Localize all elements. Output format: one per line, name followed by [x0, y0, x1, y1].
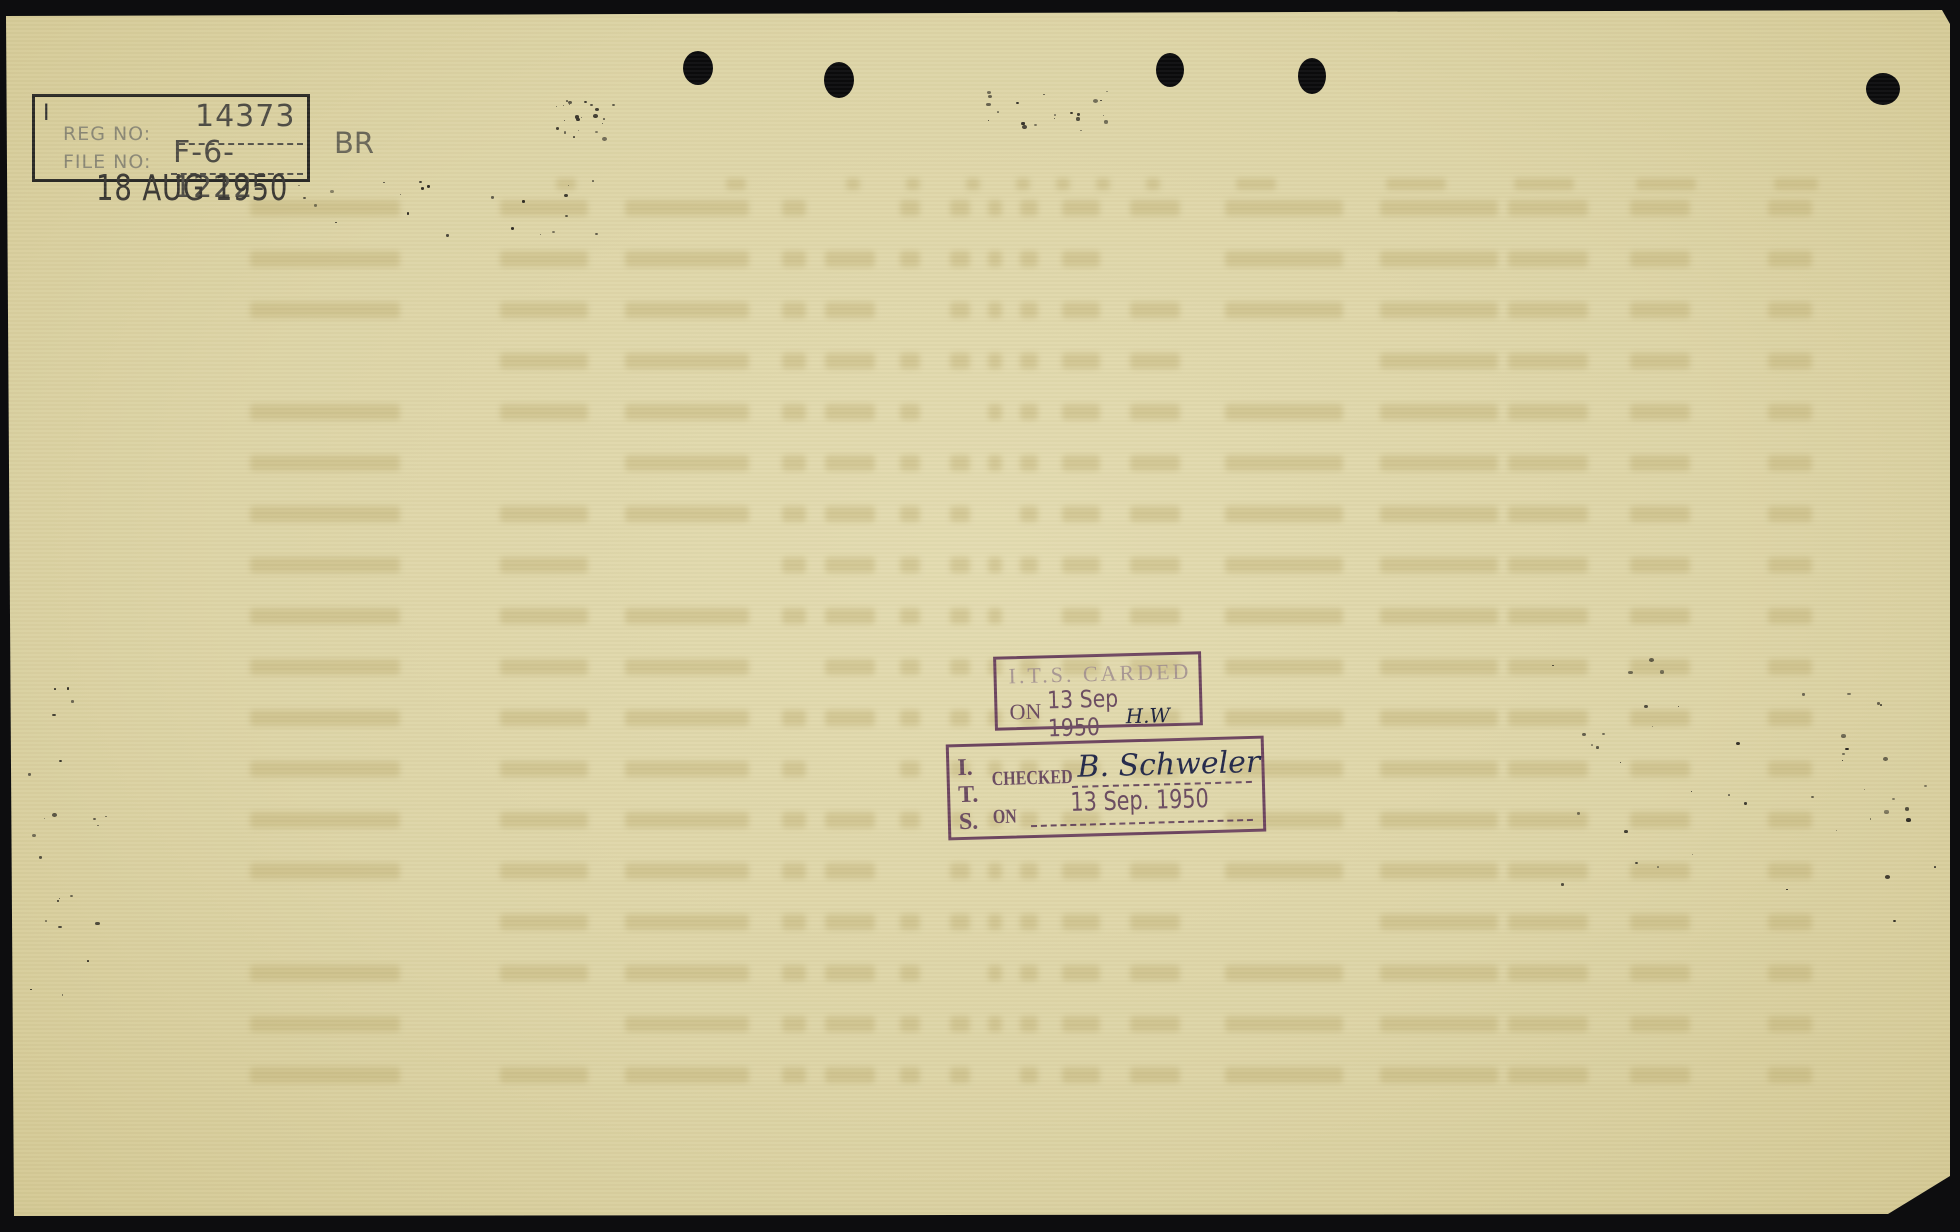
bleed-text-block [250, 608, 400, 624]
speck [1628, 671, 1632, 674]
speck [1692, 854, 1694, 855]
speck [1691, 791, 1693, 792]
bleed-text-block [1630, 863, 1690, 879]
bleed-text-block [782, 302, 806, 318]
bleed-text-block [1630, 608, 1690, 624]
bleed-text-block [1768, 761, 1812, 777]
bleed-text-block [1062, 1016, 1100, 1032]
bleed-text-block [1380, 200, 1498, 216]
bleed-text-block [900, 1016, 920, 1032]
speck [592, 180, 594, 182]
bleed-text-block [900, 200, 920, 216]
speck [62, 994, 63, 995]
bleed-text-block [1225, 1016, 1343, 1032]
bleed-text-block [825, 659, 875, 675]
bleed-text-block [1225, 557, 1343, 573]
speck [95, 922, 100, 926]
bleed-text-block [1508, 863, 1588, 879]
bleed-header-block [1514, 178, 1574, 190]
bleed-text-block [500, 1067, 588, 1083]
bleed-text-block [1508, 761, 1588, 777]
speck [1845, 748, 1849, 751]
bleed-text-block [1380, 353, 1498, 369]
bleed-text-block [1225, 965, 1343, 981]
speck [407, 212, 410, 214]
speck [987, 91, 991, 94]
speck [1077, 113, 1080, 115]
bleed-header-block [846, 178, 860, 190]
speck [1885, 875, 1890, 879]
speck [511, 227, 514, 229]
bleed-text-block [1768, 302, 1812, 318]
bleed-text-block [782, 608, 806, 624]
bleed-text-block [988, 302, 1002, 318]
speck [57, 900, 59, 901]
speck [569, 104, 570, 105]
bleed-text-block [1062, 863, 1100, 879]
bleed-text-block [782, 353, 806, 369]
bleed-text-block [625, 200, 749, 216]
bleed-text-block [825, 1067, 875, 1083]
carded-initials: H.W [1125, 703, 1170, 728]
its-carded-stamp: I.T.S. CARDED ON 13 Sep 1950 H.W [993, 651, 1203, 730]
speck [1635, 862, 1638, 864]
bleed-text-block [625, 1016, 749, 1032]
speck [1934, 866, 1937, 868]
bleed-text-block [988, 1016, 1002, 1032]
speck [303, 197, 306, 199]
bleed-text-block [625, 914, 749, 930]
bleed-text-block [1020, 1016, 1038, 1032]
bleed-text-block [250, 404, 400, 420]
bleed-header-block [556, 178, 576, 190]
bleed-text-block [950, 251, 970, 267]
speck [383, 182, 385, 183]
speck [1076, 117, 1080, 120]
reg-no-value: 14373 [195, 99, 295, 134]
bleed-text-block [825, 353, 875, 369]
speck [87, 960, 89, 962]
bleed-header-block [1016, 178, 1030, 190]
speck [1602, 733, 1605, 736]
bleed-text-block [1020, 455, 1038, 471]
bleed-text-block [988, 353, 1002, 369]
carded-on-label: ON [1009, 698, 1041, 725]
speck [988, 95, 992, 98]
bleed-text-block [1225, 404, 1343, 420]
bleed-text-block [1380, 863, 1498, 879]
bleed-text-block [1630, 404, 1690, 420]
bleed-text-block [1768, 608, 1812, 624]
bleed-text-block [1630, 353, 1690, 369]
bleed-text-block [1630, 557, 1690, 573]
bleed-text-block [250, 557, 400, 573]
bleed-text-block [900, 455, 920, 471]
bleed-text-block [1062, 455, 1100, 471]
speck [1104, 120, 1108, 123]
bleed-text-block [625, 863, 749, 879]
bleed-text-block [500, 659, 588, 675]
speck [1093, 99, 1098, 103]
bleed-text-block [500, 353, 588, 369]
bleed-text-block [1630, 761, 1690, 777]
bleed-text-block [1508, 251, 1588, 267]
bleed-text-block [1380, 914, 1498, 930]
its-checked-stamp: I. T. S. CHECKED B. Schweler ON 13 Sep. … [946, 736, 1267, 841]
speck [1841, 734, 1846, 738]
bleed-text-block [1225, 710, 1343, 726]
bleed-text-block [950, 353, 970, 369]
speck [573, 136, 575, 138]
bleed-text-block [1768, 863, 1812, 879]
bleed-text-block [1020, 557, 1038, 573]
bleed-text-block [782, 404, 806, 420]
punch-hole [824, 62, 854, 98]
speck [593, 114, 598, 118]
punch-hole [1298, 58, 1326, 94]
bleed-text-block [1062, 506, 1100, 522]
bleed-text-block [1130, 200, 1180, 216]
speck [603, 118, 605, 120]
bleed-header-block [726, 178, 746, 190]
speck [39, 856, 43, 859]
bleed-text-block [950, 1067, 970, 1083]
speck [314, 204, 317, 207]
reg-no-label: REG NO: [63, 123, 151, 145]
speck [58, 926, 61, 929]
bleed-text-block [1768, 353, 1812, 369]
bleed-text-block [825, 557, 875, 573]
bleed-text-block [250, 1067, 400, 1083]
bleed-text-block [500, 965, 588, 981]
bleed-text-block [1130, 1067, 1180, 1083]
punch-hole [1866, 73, 1900, 105]
speck [1054, 118, 1055, 119]
bleed-text-block [900, 1067, 920, 1083]
bleed-text-block [1768, 812, 1812, 828]
its-letters: I. T. S. [957, 755, 979, 837]
speck [564, 120, 565, 121]
bleed-text-block [1768, 251, 1812, 267]
bleed-text-block [1508, 659, 1588, 675]
bleed-text-block [1380, 608, 1498, 624]
speck [1880, 704, 1882, 706]
bleed-text-block [1630, 710, 1690, 726]
speck [1877, 702, 1880, 705]
bleed-text-block [1508, 914, 1588, 930]
bleed-text-block [500, 404, 588, 420]
bleed-text-block [1062, 251, 1100, 267]
bleed-text-block [1508, 353, 1588, 369]
bleed-text-block [1130, 1016, 1180, 1032]
bleed-text-block [625, 761, 749, 777]
bleed-text-block [988, 914, 1002, 930]
speck [52, 714, 55, 717]
speck [105, 816, 107, 817]
speck [1103, 115, 1104, 116]
bleed-text-block [1380, 761, 1498, 777]
speck [419, 181, 422, 183]
bleed-text-block [900, 659, 920, 675]
bleed-text-block [1225, 1067, 1343, 1083]
bleed-text-block [625, 353, 749, 369]
bleed-text-block [500, 608, 588, 624]
bleed-text-block [250, 710, 400, 726]
speck [563, 105, 564, 106]
bleed-text-block [500, 914, 588, 930]
bleed-text-block [1768, 455, 1812, 471]
bleed-text-block [988, 608, 1002, 624]
bleed-text-block [1062, 608, 1100, 624]
bleed-text-block [1062, 1067, 1100, 1083]
speck [1842, 760, 1843, 761]
bleed-text-block [1130, 302, 1180, 318]
bleed-text-block [782, 557, 806, 573]
speck [1582, 733, 1586, 736]
bleed-text-block [1380, 710, 1498, 726]
speck [1836, 830, 1837, 831]
bleed-text-block [988, 863, 1002, 879]
speck [1870, 818, 1872, 820]
bleed-text-block [900, 761, 920, 777]
bleed-text-block [1380, 812, 1498, 828]
speck [45, 920, 47, 922]
bleed-text-block [1225, 608, 1343, 624]
bleed-text-block [250, 455, 400, 471]
bleed-text-block [950, 608, 970, 624]
bleed-header-block [1096, 178, 1110, 190]
speck [1811, 796, 1814, 798]
bleed-text-block [1768, 557, 1812, 573]
bleed-text-block [1020, 1067, 1038, 1083]
bleed-text-block [1768, 1067, 1812, 1083]
bleed-text-block [1020, 353, 1038, 369]
bleed-text-block [1130, 608, 1180, 624]
bleed-text-block [825, 506, 875, 522]
speck [584, 101, 587, 103]
bleed-text-block [950, 455, 970, 471]
speck [602, 137, 607, 141]
bleed-text-block [1630, 1016, 1690, 1032]
speck [1893, 920, 1896, 922]
bleed-text-block [1380, 455, 1498, 471]
bleed-text-block [900, 914, 920, 930]
bleed-text-block [988, 200, 1002, 216]
speck [581, 117, 582, 118]
document-card: I REG NO: 14373 FILE NO: F-6-1222- 18 AU… [6, 10, 1950, 1216]
bleed-text-block [1020, 914, 1038, 930]
bleed-text-block [250, 251, 400, 267]
bleed-header-block [1774, 178, 1818, 190]
received-date-stamp: 18 AUG 1950 [96, 168, 288, 209]
speck [97, 825, 99, 827]
bleed-text-block [900, 710, 920, 726]
bleed-text-block [1130, 863, 1180, 879]
bleed-text-block [1130, 965, 1180, 981]
speck [1924, 785, 1927, 787]
bleed-text-block [1225, 302, 1343, 318]
bleed-text-block [1380, 506, 1498, 522]
bleed-text-block [900, 608, 920, 624]
bleed-text-block [250, 1016, 400, 1032]
bleed-header-block [906, 178, 920, 190]
bleed-text-block [988, 965, 1002, 981]
bleed-text-block [825, 812, 875, 828]
bleed-text-block [1508, 455, 1588, 471]
speck [612, 104, 615, 106]
bleed-text-block [250, 659, 400, 675]
speck [1054, 114, 1056, 116]
bleed-text-block [1508, 200, 1588, 216]
bleed-text-block [1768, 200, 1812, 216]
bleed-text-block [900, 812, 920, 828]
bleed-text-block [250, 863, 400, 879]
bleed-text-block [1630, 965, 1690, 981]
bleed-text-block [782, 1067, 806, 1083]
bleed-text-block [1380, 965, 1498, 981]
bleed-text-block [1062, 914, 1100, 930]
speck [556, 106, 557, 107]
bleed-text-block [625, 455, 749, 471]
speck [595, 131, 598, 133]
bleed-text-block [1508, 404, 1588, 420]
bleed-text-block [1380, 1016, 1498, 1032]
speck [1892, 798, 1895, 801]
bleed-text-block [900, 353, 920, 369]
bleed-text-block [625, 710, 749, 726]
bleed-text-block [1062, 302, 1100, 318]
bleed-text-block [825, 608, 875, 624]
bleed-text-block [1380, 404, 1498, 420]
bleed-text-block [1508, 1067, 1588, 1083]
bleed-text-block [1380, 1067, 1498, 1083]
speck [1043, 94, 1045, 96]
bleed-text-block [825, 302, 875, 318]
dotted-line [1031, 819, 1253, 827]
speck [70, 895, 73, 897]
speck [67, 687, 70, 689]
bleed-text-block [625, 812, 749, 828]
bleed-text-block [1020, 251, 1038, 267]
speck [1905, 807, 1909, 810]
bleed-text-block [782, 914, 806, 930]
speck [578, 130, 579, 131]
bleed-header-block [1056, 178, 1070, 190]
speck [71, 700, 74, 702]
bleed-text-block [825, 710, 875, 726]
checked-label: CHECKED [991, 766, 1073, 791]
bleed-text-block [1020, 965, 1038, 981]
speck [1100, 100, 1102, 102]
speck [540, 234, 542, 235]
speck [997, 111, 1000, 113]
speck [28, 773, 31, 776]
bleed-text-block [1508, 812, 1588, 828]
bleed-text-block [1225, 200, 1343, 216]
speck [1080, 130, 1081, 131]
bleed-text-block [825, 914, 875, 930]
bleed-text-block [500, 761, 588, 777]
bleed-text-block [950, 302, 970, 318]
speck [446, 234, 450, 237]
bleed-text-block [782, 455, 806, 471]
bleed-text-block [1062, 404, 1100, 420]
bleed-text-block [900, 251, 920, 267]
bleed-text-block [500, 302, 588, 318]
bleed-text-block [625, 251, 749, 267]
speck [1624, 830, 1628, 833]
speck [330, 190, 334, 193]
speck [564, 194, 568, 197]
bleed-text-block [825, 965, 875, 981]
bleed-text-block [1225, 251, 1343, 267]
bleed-text-block [1062, 557, 1100, 573]
speck [32, 834, 36, 837]
bleed-text-block [250, 965, 400, 981]
bleed-text-block [950, 914, 970, 930]
bleed-text-block [1768, 965, 1812, 981]
bleed-text-block [500, 506, 588, 522]
bleed-text-block [825, 1016, 875, 1032]
speck [602, 123, 604, 124]
checker-signature: B. Schweler [1077, 745, 1261, 785]
bleed-text-block [1630, 914, 1690, 930]
bleed-text-block [625, 608, 749, 624]
speck [1022, 125, 1027, 129]
speck [59, 898, 60, 899]
bleed-text-block [900, 506, 920, 522]
bleed-text-block [1768, 914, 1812, 930]
speck [1106, 91, 1108, 93]
speck [1070, 112, 1072, 114]
bleed-text-block [500, 251, 588, 267]
speck [556, 127, 559, 130]
bleed-text-block [1768, 1016, 1812, 1032]
bleed-text-block [950, 863, 970, 879]
speck [1884, 810, 1888, 813]
speck [522, 200, 525, 202]
speck [1596, 746, 1599, 748]
speck [1034, 124, 1038, 127]
speck [1620, 762, 1621, 763]
bleed-text-block [825, 251, 875, 267]
speck [1744, 802, 1747, 805]
bleed-text-block [1508, 506, 1588, 522]
bleed-text-block [782, 506, 806, 522]
bleed-text-block [1225, 659, 1343, 675]
speck [1842, 753, 1844, 755]
bleed-text-block [782, 761, 806, 777]
punch-hole [1156, 53, 1184, 87]
bleed-text-block [950, 200, 970, 216]
bleed-text-block [1130, 353, 1180, 369]
bleed-text-block [625, 302, 749, 318]
bleed-text-block [950, 557, 970, 573]
bleed-text-block [1508, 1016, 1588, 1032]
speck [1591, 744, 1594, 746]
bleed-text-block [1630, 251, 1690, 267]
speck [1883, 757, 1888, 761]
bleed-header-block [1386, 178, 1446, 190]
bleed-text-block [500, 557, 588, 573]
speck [552, 231, 555, 234]
bleed-text-block [1768, 506, 1812, 522]
bleed-text-block [1630, 506, 1690, 522]
bleed-text-block [782, 812, 806, 828]
bleed-text-block [782, 863, 806, 879]
checked-date: 13 Sep. 1950 [1070, 784, 1209, 818]
speck [400, 194, 401, 195]
